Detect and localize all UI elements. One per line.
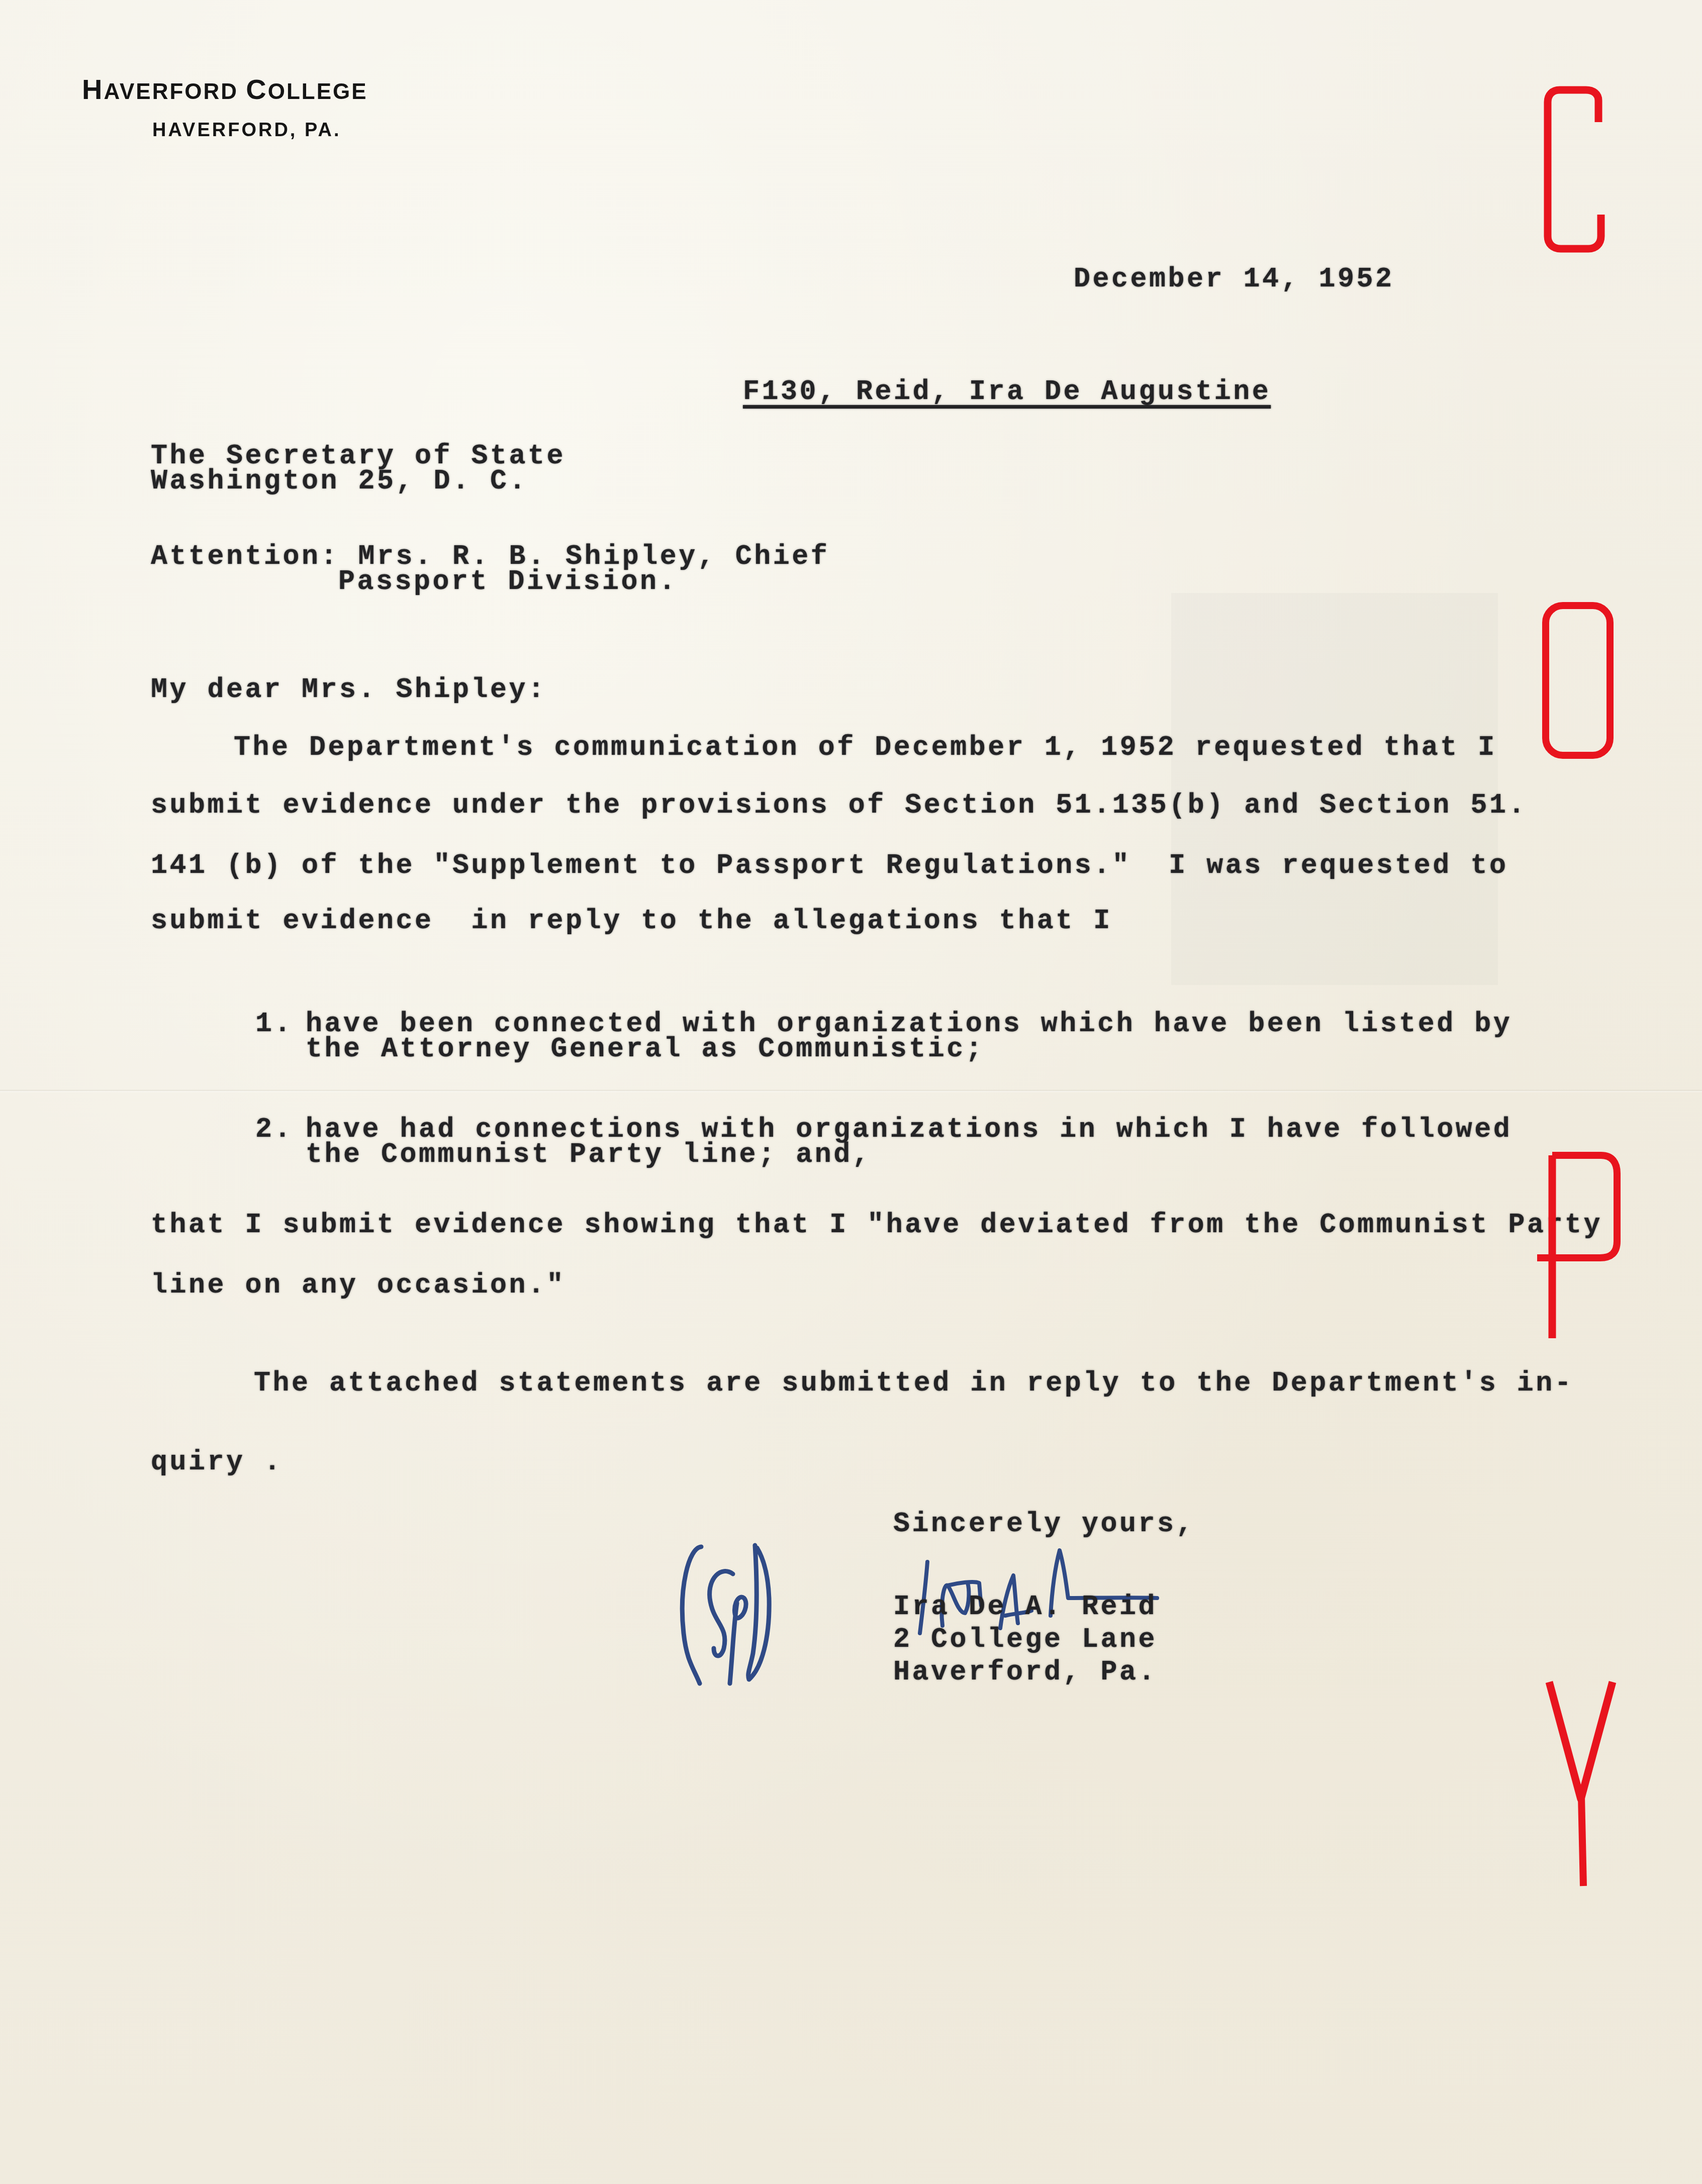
bleed-through-shadow [1171, 593, 1498, 985]
recipient-line-2: Washington 25, D. C. [151, 467, 528, 495]
allegation-1-number: 1. [255, 1010, 293, 1038]
body-paragraph-2-line-2: quiry . [151, 1448, 283, 1476]
body-paragraph-1-line-3: 141 (b) of the "Supplement to Passport R… [151, 852, 1508, 879]
copy-letter-o: O [1536, 601, 1626, 761]
letterhead-location: HAVERFORD, PA. [152, 121, 341, 140]
fold-crease [0, 1089, 1702, 1093]
body-paragraph-2-line-1: The attached statements are submitted in… [254, 1369, 1573, 1397]
copy-letter-y: Y [1538, 1676, 1634, 1892]
handwritten-sgd-note: (Sgd) [674, 1518, 789, 1689]
body-paragraph-1-line-1: The Department's communication of Decemb… [234, 734, 1497, 761]
continuation-line-1: that I submit evidence showing that I "h… [151, 1211, 1602, 1239]
signer-name: Ira De A. Reid [893, 1593, 1157, 1621]
closing: Sincerely yours, [893, 1510, 1195, 1538]
salutation: My dear Mrs. Shipley: [151, 676, 547, 704]
allegation-2-number: 2. [255, 1116, 293, 1143]
allegation-2-line-2: the Communist Party line; and, [306, 1141, 871, 1168]
body-paragraph-1-line-2: submit evidence under the provisions of … [151, 791, 1527, 819]
letter-date: December 14, 1952 [1074, 265, 1394, 293]
body-paragraph-1-line-4: submit evidence in reply to the allegati… [151, 907, 1112, 935]
continuation-line-2: line on any occasion." [151, 1271, 565, 1299]
reference-line: F130, Reid, Ira De Augustine [743, 378, 1271, 406]
allegation-1-line-2: the Attorney General as Communistic; [306, 1035, 984, 1063]
letterhead-institution: HAVERFORD COLLEGE [82, 75, 368, 104]
copy-letter-p: P [1536, 1148, 1636, 1344]
signer-address-1: 2 College Lane [893, 1626, 1157, 1653]
copy-letter-c: C [1536, 83, 1626, 259]
attention-line-2: Passport Division. [338, 568, 678, 595]
signer-address-2: Haverford, Pa. [893, 1658, 1157, 1686]
